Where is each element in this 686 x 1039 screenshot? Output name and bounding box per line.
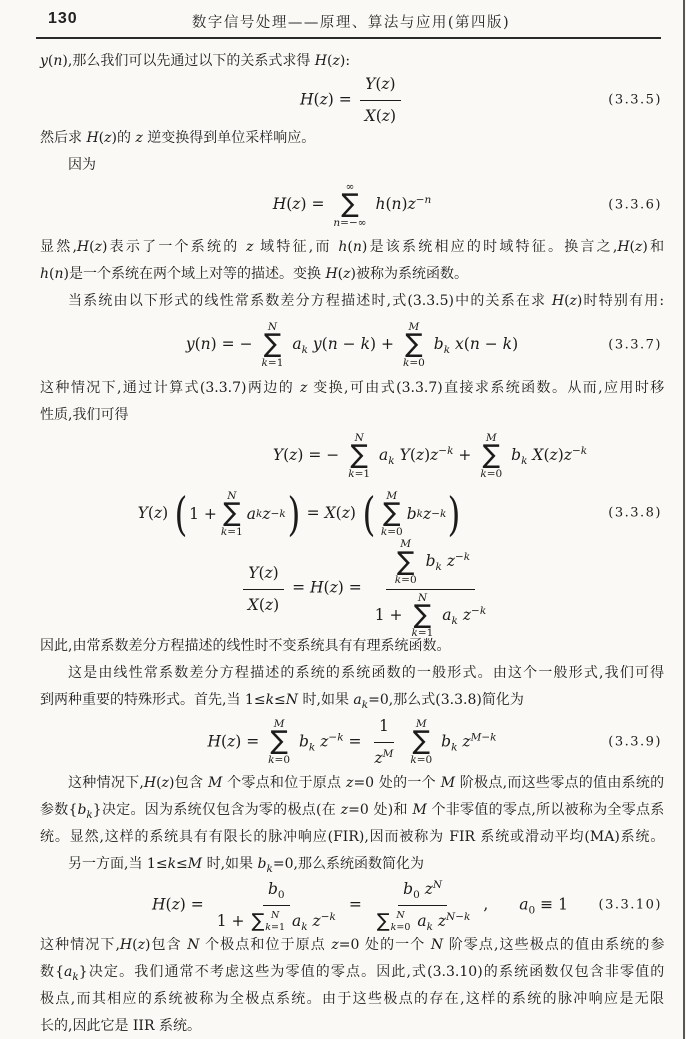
equation-line: Y(z) (1 + N∑k=1 ak z−k) = X(z) (M∑k=0 bk… (40, 483, 664, 545)
paragraph-line: 统。显然,这样的系统具有有限长的脉冲响应(FIR),因而被称为 FIR 系统或滑… (40, 824, 664, 851)
equation-number: (3.3.7) (608, 332, 662, 359)
equation-math: H(z) = ∞∑n=−∞ h(n)z−n (273, 181, 432, 229)
equation-3-3-7: y(n) = − N∑k=1 ak y(n − k) + M∑k=0 bk x(… (40, 315, 664, 375)
paragraph-line: 长的,因此它是 IIR 系统。 (40, 1013, 664, 1039)
equation-math: H(z) = b01 + ∑Nk=1 ak z−k = b0 zN∑Nk=0 a… (152, 876, 568, 935)
equation-number: (3.3.5) (608, 87, 662, 114)
scan-edge-artifact (683, 0, 685, 1039)
paragraph-line: 这是由线性常系数差分方程描述的系统的系统函数的一般形式。由这个一般形式,我们可得 (40, 660, 664, 687)
paragraph-line: 性质,我们可得 (40, 402, 664, 429)
paragraph-line: 另一方面,当 1≤k≤M 时,如果 bk=0,那么系统函数简化为 (40, 851, 664, 878)
paragraph-allzero: 这种情况下,H(z)包含 M 个零点和位于原点 z=0 处的一个 M 阶极点,而… (40, 770, 664, 851)
paragraph-line: 参数{bk}决定。因为系统仅包含为零的极点(在 z=0 处)和 M 个非零值的零… (40, 797, 664, 824)
paragraph-otherhand: 另一方面,当 1≤k≤M 时,如果 bk=0,那么系统函数简化为 (40, 851, 664, 878)
equation-math: Y(z) (1 + N∑k=1 ak z−k) = X(z) (M∑k=0 bk… (138, 490, 463, 538)
equation-3-3-8: Y(z) = − N∑k=1 ak Y(z)z−k + M∑k=0 bk X(z… (40, 429, 664, 633)
equation-number: (3.3.6) (608, 192, 662, 219)
paragraph-when: 当系统由以下形式的线性常系数差分方程描述时,式(3.3.5)中的关系在求 H(z… (40, 288, 664, 315)
paragraph-line: 这种情况下,H(z)包含 M 个零点和位于原点 z=0 处的一个 M 阶极点,而… (40, 770, 664, 797)
equation-line: Y(z)X(z) = H(z) = M∑k=0 bk z−k1 + N∑k=1 … (40, 545, 664, 633)
equation-3-3-10: H(z) = b01 + ∑Nk=1 ak z−k = b0 zN∑Nk=0 a… (40, 878, 664, 932)
paragraph-line: 到两种重要的特殊形式。首先,当 1≤k≤N 时,如果 ak=0,那么式(3.3.… (40, 687, 664, 714)
paragraph-because: 因为 (40, 152, 664, 176)
page-number: 130 (48, 10, 78, 28)
paragraph-line: 当系统由以下形式的线性常系数差分方程描述时,式(3.3.5)中的关系在求 H(z… (40, 288, 664, 315)
equation-math: y(n) = − N∑k=1 ak y(n − k) + M∑k=0 bk x(… (186, 321, 518, 369)
paragraph-line: h(n)是一个系统在两个域上对等的描述。变换 H(z)被称为系统函数。 (40, 261, 664, 288)
equation-3-3-9: H(z) = M∑k=0 bk z−k = 1zM M∑k=0 bk zM−k … (40, 714, 664, 770)
paragraph-compute: 这种情况下,通过计算式(3.3.7)两边的 z 变换,可由式(3.3.7)直接求… (40, 375, 664, 429)
equation-math: Y(z)X(z) = H(z) = M∑k=0 bk z−k1 + N∑k=1 … (240, 538, 494, 639)
book-page: 130 数字信号处理——原理、算法与应用(第四版) y(n),那么我们可以先通过… (0, 0, 686, 1039)
page-header: 130 数字信号处理——原理、算法与应用(第四版) (40, 8, 662, 34)
equation-number: (3.3.10) (599, 892, 663, 919)
paragraph-allpole: 这种情况下,H(z)包含 N 个极点和位于原点 z=0 处的一个 N 阶零点,这… (40, 932, 664, 1039)
header-title: 数字信号处理——原理、算法与应用(第四版) (40, 8, 662, 32)
paragraph-obvious: 显然,H(z)表示了一个系统的 z 域特征,而 h(n)是该系统相应的时域特征。… (40, 234, 664, 288)
page-content: y(n),那么我们可以先通过以下的关系式求得 H(z): H(z) = Y(z)… (40, 48, 664, 1039)
paragraph-line: 极点,而其相应的系统被称为全极点系统。由于这些极点的存在,这样的系统的脉冲响应是… (40, 986, 664, 1013)
equation-number: (3.3.9) (608, 729, 662, 756)
equation-3-3-6: H(z) = ∞∑n=−∞ h(n)z−n (3.3.6) (40, 176, 664, 234)
equation-math: H(z) = M∑k=0 bk z−k = 1zM M∑k=0 bk zM−k (207, 713, 496, 772)
paragraph-general: 这是由线性常系数差分方程描述的系统的系统函数的一般形式。由这个一般形式,我们可得… (40, 660, 664, 714)
paragraph-line: 显然,H(z)表示了一个系统的 z 域特征,而 h(n)是该系统相应的时域特征。… (40, 234, 664, 261)
equation-math: H(z) = Y(z)X(z) (300, 71, 404, 130)
equation-3-3-5: H(z) = Y(z)X(z) (3.3.5) (40, 75, 664, 125)
paragraph-line: 数{ak}决定。我们通常不考虑这些为零值的零点。因此,式(3.3.10)的系统函… (40, 959, 664, 986)
paragraph-line: 这种情况下,通过计算式(3.3.7)两边的 z 变换,可由式(3.3.7)直接求… (40, 375, 664, 402)
paragraph-line: 这种情况下,H(z)包含 N 个极点和位于原点 z=0 处的一个 N 阶零点,这… (40, 932, 664, 959)
paragraph-line: 因为 (40, 152, 664, 176)
equation-number: (3.3.8) (608, 499, 662, 526)
equation-line: Y(z) = − N∑k=1 ak Y(z)z−k + M∑k=0 bk X(z… (40, 429, 664, 483)
equation-math: Y(z) = − N∑k=1 ak Y(z)z−k + M∑k=0 bk X(z… (273, 432, 587, 480)
header-rule (36, 37, 661, 39)
